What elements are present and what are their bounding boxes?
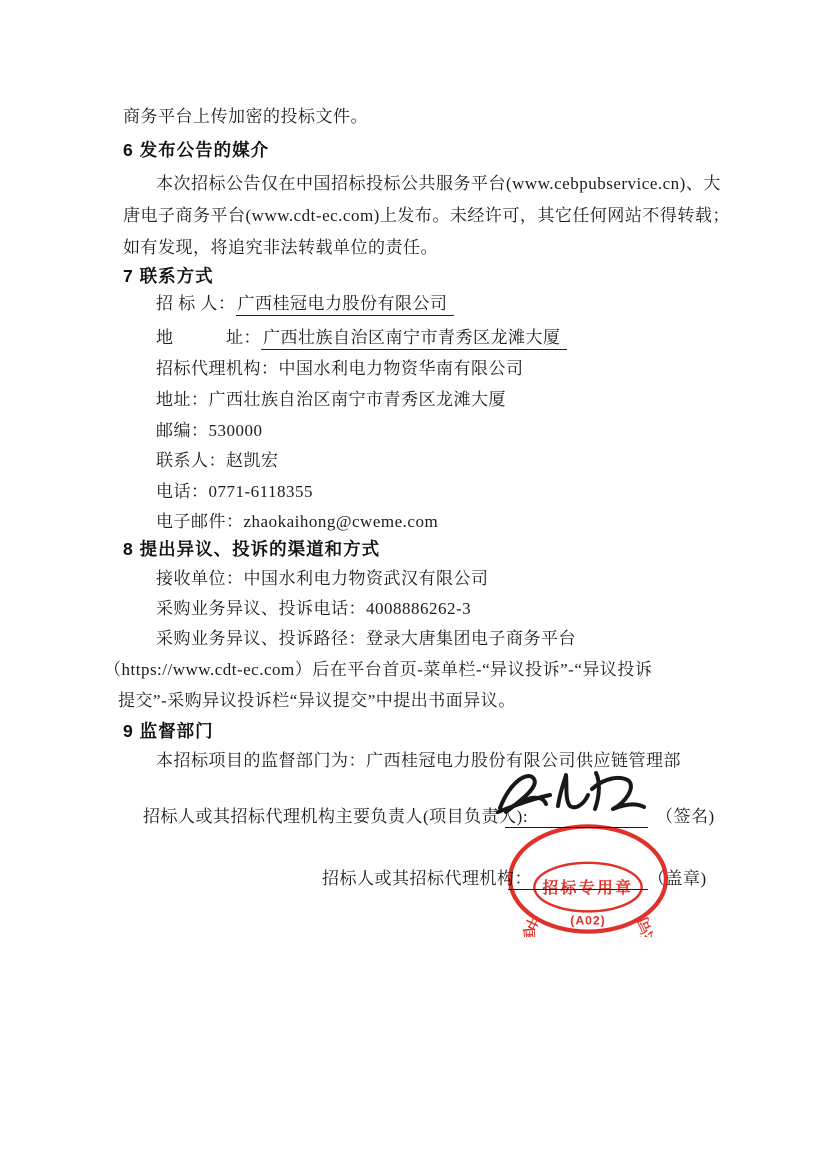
- section-9-heading: 9 监督部门: [123, 720, 214, 742]
- company-stamp: 中国水利电力物资华南有限公司 招标专用章 (A02): [505, 821, 671, 937]
- section-6-line-2: 唐电子商务平台(www.cdt-ec.com)上发布。未经许可，其它任何网站不得…: [123, 205, 730, 227]
- section-7-heading: 7 联系方式: [123, 265, 214, 287]
- stamp-center-text: 招标专用章: [541, 878, 633, 897]
- document-page: 商务平台上传加密的投标文件。 6 发布公告的媒介 本次招标公告仅在中国招标投标公…: [0, 0, 827, 1169]
- section-6-heading: 6 发布公告的媒介: [123, 139, 269, 161]
- bidder-address-line: 地 址：广西壮族自治区南宁市青秀区龙滩大厦: [156, 327, 567, 349]
- intro-line: 商务平台上传加密的投标文件。: [123, 106, 368, 128]
- section-8-line-4: （https://www.cdt-ec.com）后在平台首页-菜单栏-“异议投诉…: [104, 659, 652, 681]
- bidder-value: 广西桂冠电力股份有限公司: [236, 294, 454, 316]
- postcode-line: 邮编：530000: [156, 420, 263, 442]
- agency-address-line: 地址：广西壮族自治区南宁市青秀区龙滩大厦: [156, 389, 506, 411]
- handwritten-signature: [492, 760, 652, 826]
- section-8-line-5: 提交”-采购异议投诉栏“异议提交”中提出书面异议。: [118, 690, 516, 712]
- section-8-line-3: 采购业务异议、投诉路径：登录大唐集团电子商务平台: [156, 628, 576, 650]
- bidder-line: 招 标 人：广西桂冠电力股份有限公司: [156, 293, 454, 315]
- section-6-line-3: 如有发现，将追究非法转载单位的责任。: [123, 237, 438, 259]
- section-6-line-1: 本次招标公告仅在中国招标投标公共服务平台(www.cebpubservice.c…: [156, 173, 721, 195]
- agency-line: 招标代理机构：中国水利电力物资华南有限公司: [156, 358, 524, 380]
- bidder-address-value: 广西壮族自治区南宁市青秀区龙滩大厦: [261, 328, 567, 350]
- email-line: 电子邮件：zhaokaihong@cweme.com: [156, 511, 438, 533]
- stamp-code-text: (A02): [570, 914, 605, 928]
- contact-line: 联系人：赵凯宏: [156, 450, 279, 472]
- phone-line: 电话：0771-6118355: [156, 481, 313, 503]
- section-8-heading: 8 提出异议、投诉的渠道和方式: [123, 538, 380, 560]
- section-8-line-2: 采购业务异议、投诉电话：4008886262-3: [156, 598, 471, 620]
- leader-signature-label: 招标人或其招标代理机构主要负责人(项目负责人):: [143, 806, 528, 828]
- org-seal-label: 招标人或其招标代理机构：: [322, 868, 532, 890]
- section-8-line-1: 接收单位：中国水利电力物资武汉有限公司: [156, 568, 489, 590]
- bidder-label: 招 标 人：: [156, 294, 236, 313]
- bidder-address-label: 地 址：: [156, 328, 261, 347]
